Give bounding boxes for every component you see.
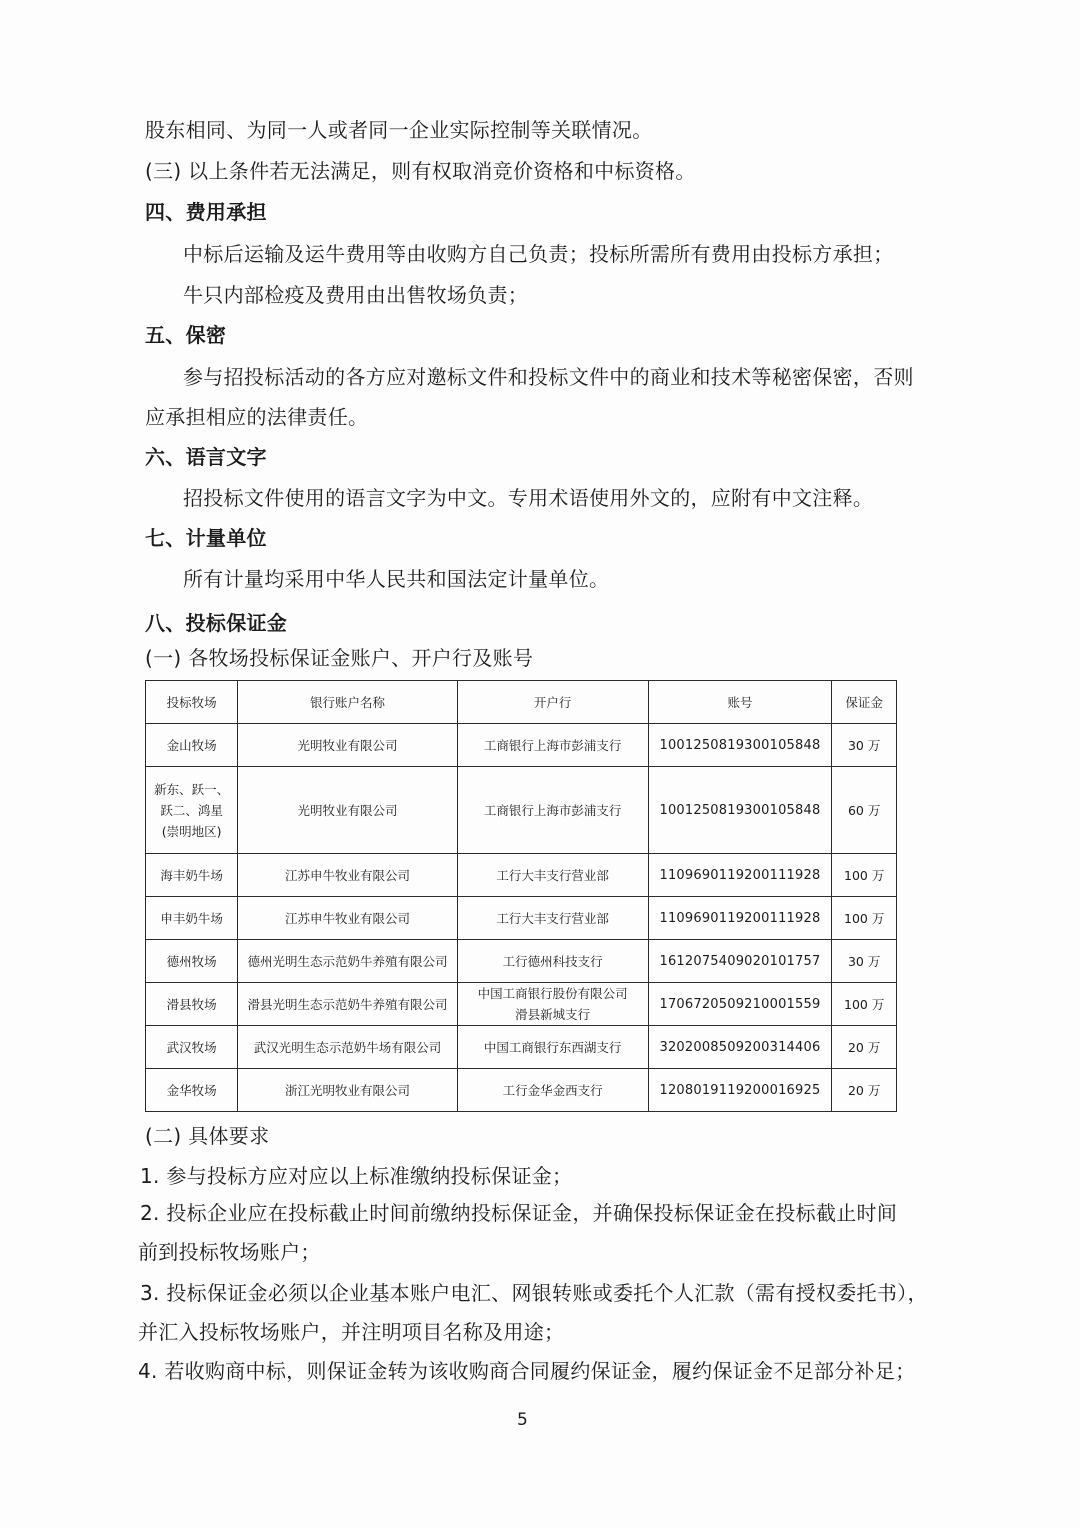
cell-account-no: 1706720509210001559 [648, 983, 832, 1026]
cell-farm-line: 新东、跃一、 [150, 779, 233, 800]
cell-account-name: 江苏申牛牧业有限公司 [238, 897, 457, 940]
cell-account-name: 滑县光明生态示范奶牛养殖有限公司 [238, 983, 457, 1026]
section-5-text-1: 参与招投标活动的各方应对邀标文件和投标文件中的商业和技术等秘密保密，否则 [183, 363, 914, 391]
header-deposit: 保证金 [832, 681, 897, 724]
section-7-heading: 七、计量单位 [145, 524, 267, 552]
cell-bank-line: 中国工商银行股份有限公司 [462, 983, 644, 1004]
cell-bank: 工商银行上海市彭浦支行 [457, 767, 648, 854]
header-bank: 开户行 [457, 681, 648, 724]
cell-bank: 工行德州科技支行 [457, 940, 648, 983]
cell-deposit: 30 万 [832, 724, 897, 767]
cell-account-no: 1001250819300105848 [648, 724, 832, 767]
cell-bank: 工商银行上海市彭浦支行 [457, 724, 648, 767]
cell-bank: 工行金华金西支行 [457, 1069, 648, 1112]
cell-deposit: 100 万 [832, 897, 897, 940]
cell-farm: 金华牧场 [146, 1069, 238, 1112]
deposit-accounts-table: 投标牧场 银行账户名称 开户行 账号 保证金 金山牧场 光明牧业有限公司 工商银… [145, 680, 897, 1112]
cell-farm: 德州牧场 [146, 940, 238, 983]
requirement-2-line-1: 2. 投标企业应在投标截止时间前缴纳投标保证金，并确保投标保证金在投标截止时间 [140, 1199, 897, 1227]
header-farm: 投标牧场 [146, 681, 238, 724]
cell-farm: 新东、跃一、 跃二、鸿星 (崇明地区) [146, 767, 238, 854]
table-row: 德州牧场 德州光明生态示范奶牛养殖有限公司 工行德州科技支行 161207540… [146, 940, 897, 983]
cell-farm: 滑县牧场 [146, 983, 238, 1026]
table-row: 滑县牧场 滑县光明生态示范奶牛养殖有限公司 中国工商银行股份有限公司 滑县新城支… [146, 983, 897, 1026]
section-4-text-2: 牛只内部检疫及费用由出售牧场负责； [183, 281, 528, 309]
cell-deposit: 60 万 [832, 767, 897, 854]
section-5-heading: 五、保密 [145, 321, 226, 349]
table-row: 海丰奶牛场 江苏申牛牧业有限公司 工行大丰支行营业部 1109690119200… [146, 854, 897, 897]
table-row: 新东、跃一、 跃二、鸿星 (崇明地区) 光明牧业有限公司 工商银行上海市彭浦支行… [146, 767, 897, 854]
table-row: 武汉牧场 武汉光明生态示范奶牛场有限公司 中国工商银行东西湖支行 3202008… [146, 1026, 897, 1069]
cell-account-no: 1109690119200111928 [648, 897, 832, 940]
cell-bank: 工行大丰支行营业部 [457, 854, 648, 897]
cell-account-name: 德州光明生态示范奶牛养殖有限公司 [238, 940, 457, 983]
cell-account-no: 1612075409020101757 [648, 940, 832, 983]
cell-deposit: 20 万 [832, 1026, 897, 1069]
cell-account-no: 1109690119200111928 [648, 854, 832, 897]
cell-farm-line: 跃二、鸿星 [150, 800, 233, 821]
cell-deposit: 100 万 [832, 854, 897, 897]
paragraph-condition-3: (三) 以上条件若无法满足，则有权取消竞价资格和中标资格。 [145, 157, 696, 185]
cell-account-name: 光明牧业有限公司 [238, 767, 457, 854]
section-7-text: 所有计量均采用中华人民共和国法定计量单位。 [183, 565, 609, 593]
cell-account-no: 1208019119200016925 [648, 1069, 832, 1112]
section-8-sub-2: (二) 具体要求 [145, 1122, 269, 1150]
cell-account-no: 1001250819300105848 [648, 767, 832, 854]
requirement-4: 4. 若收购商中标，则保证金转为该收购商合同履约保证金，履约保证金不足部分补足； [138, 1357, 915, 1385]
cell-deposit: 100 万 [832, 983, 897, 1026]
table-row: 申丰奶牛场 江苏申牛牧业有限公司 工行大丰支行营业部 1109690119200… [146, 897, 897, 940]
cell-farm-line: (崇明地区) [150, 821, 233, 842]
section-6-heading: 六、语言文字 [145, 443, 267, 471]
cell-account-name: 光明牧业有限公司 [238, 724, 457, 767]
requirement-2-line-2: 前到投标牧场账户； [138, 1238, 321, 1266]
cell-deposit: 20 万 [832, 1069, 897, 1112]
cell-bank: 工行大丰支行营业部 [457, 897, 648, 940]
cell-account-no: 3202008509200314406 [648, 1026, 832, 1069]
section-8-sub-1: (一) 各牧场投标保证金账户、开户行及账号 [145, 644, 533, 672]
cell-bank: 中国工商银行股份有限公司 滑县新城支行 [457, 983, 648, 1026]
table-row: 金华牧场 浙江光明牧业有限公司 工行金华金西支行 120801911920001… [146, 1069, 897, 1112]
cell-account-name: 浙江光明牧业有限公司 [238, 1069, 457, 1112]
section-4-heading: 四、费用承担 [145, 198, 267, 226]
cell-account-name: 江苏申牛牧业有限公司 [238, 854, 457, 897]
section-4-text-1: 中标后运输及运牛费用等由收购方自己负责；投标所需所有费用由投标方承担； [183, 240, 894, 268]
table-row: 金山牧场 光明牧业有限公司 工商银行上海市彭浦支行 10012508193001… [146, 724, 897, 767]
cell-farm: 申丰奶牛场 [146, 897, 238, 940]
cell-farm: 武汉牧场 [146, 1026, 238, 1069]
cell-farm: 金山牧场 [146, 724, 238, 767]
paragraph-continuation: 股东相同、为同一人或者同一企业实际控制等关联情况。 [145, 116, 653, 144]
page-number: 5 [517, 1410, 528, 1430]
requirement-1: 1. 参与投标方应对应以上标准缴纳投标保证金； [140, 1162, 572, 1190]
header-account-no: 账号 [648, 681, 832, 724]
requirement-3-line-1: 3. 投标保证金必须以企业基本账户电汇、网银转账或委托个人汇款（需有授权委托书）… [140, 1279, 928, 1307]
cell-deposit: 30 万 [832, 940, 897, 983]
table-header-row: 投标牧场 银行账户名称 开户行 账号 保证金 [146, 681, 897, 724]
section-8-heading: 八、投标保证金 [145, 609, 287, 637]
header-account-name: 银行账户名称 [238, 681, 457, 724]
requirement-3-line-2: 并汇入投标牧场账户，并注明项目名称及用途； [138, 1318, 564, 1346]
cell-bank-line: 滑县新城支行 [462, 1004, 644, 1025]
cell-bank: 中国工商银行东西湖支行 [457, 1026, 648, 1069]
section-5-text-2: 应承担相应的法律责任。 [145, 403, 368, 431]
cell-farm: 海丰奶牛场 [146, 854, 238, 897]
section-6-text: 招投标文件使用的语言文字为中文。专用术语使用外文的，应附有中文注释。 [183, 484, 873, 512]
cell-account-name: 武汉光明生态示范奶牛场有限公司 [238, 1026, 457, 1069]
